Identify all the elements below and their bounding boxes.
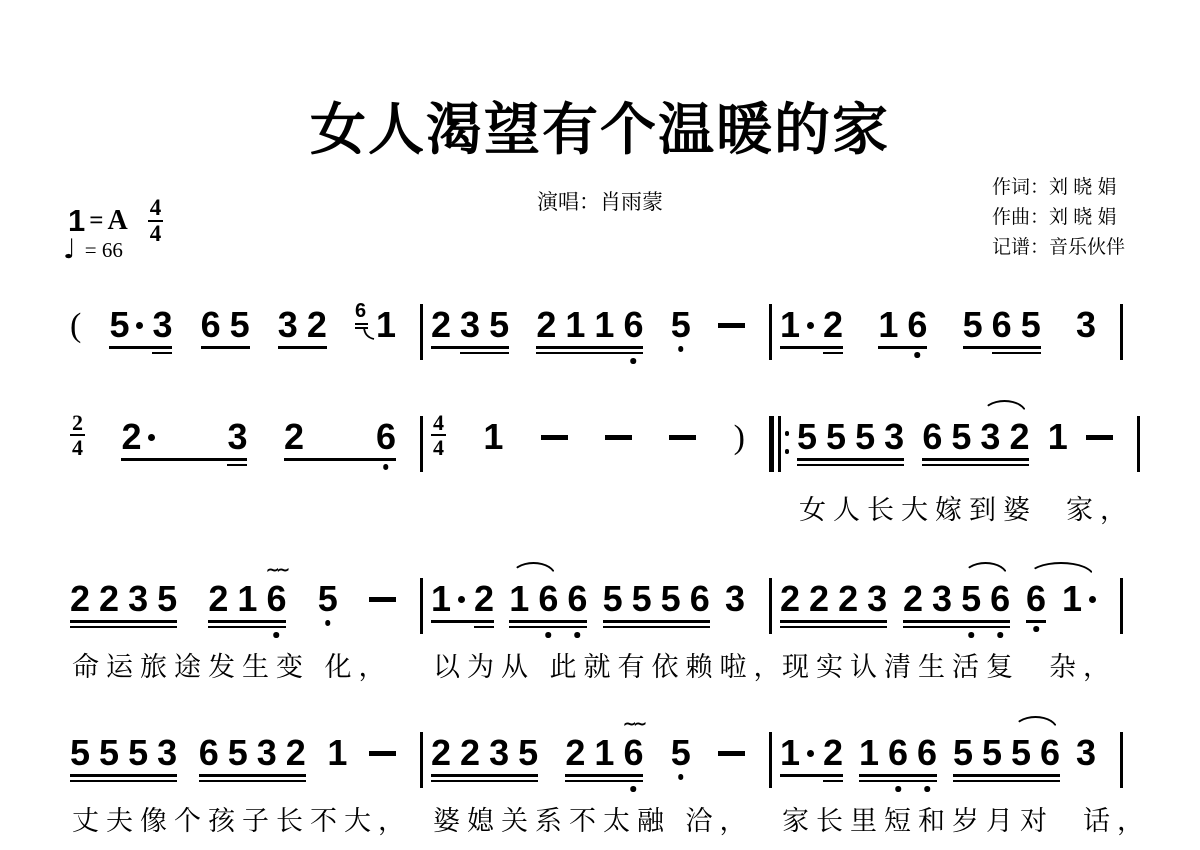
- note-group: 216: [565, 734, 643, 772]
- time-signature-numerator: 4: [433, 411, 444, 434]
- note-digit: 6: [538, 580, 558, 618]
- note-group: 2235: [70, 580, 177, 618]
- note: 3: [932, 580, 952, 618]
- note: 6: [266, 580, 286, 618]
- note-digit: 6: [1040, 734, 1060, 772]
- beam-line: [992, 352, 1041, 355]
- slur-arc: [963, 562, 1008, 576]
- grace-slur-icon: [362, 326, 375, 341]
- note-group: 65: [201, 306, 250, 344]
- note-digit: 5: [1021, 306, 1041, 344]
- note: 3: [1076, 306, 1096, 344]
- note: 6: [567, 580, 587, 618]
- beam-line: [565, 774, 643, 777]
- note-group: 166: [509, 580, 587, 618]
- note-digit: 3: [884, 418, 904, 456]
- low-octave-dot-icon: [678, 346, 684, 352]
- beam-line: [208, 626, 286, 629]
- note-group: 12: [780, 734, 843, 772]
- note: 5: [797, 418, 817, 456]
- beam-line: [201, 346, 250, 349]
- beam-line: [565, 780, 643, 783]
- note-group: 6: [1026, 580, 1046, 618]
- note-digit: 5: [128, 734, 148, 772]
- mordent-icon: [266, 564, 287, 578]
- lyric-spacer: [1120, 799, 1123, 838]
- note: 2: [809, 580, 829, 618]
- note: 2: [460, 734, 480, 772]
- note: 6: [1040, 734, 1060, 772]
- note: 5: [963, 306, 983, 344]
- note-digit: 3: [278, 306, 298, 344]
- note-digit: 6: [917, 734, 937, 772]
- note: 1: [594, 734, 614, 772]
- note-group: 2223: [780, 580, 887, 618]
- note-digit: 1: [1062, 580, 1082, 618]
- note-group: 565: [963, 306, 1041, 344]
- note: 2: [565, 734, 585, 772]
- lyric-text: [62, 488, 420, 527]
- note-group: 6532: [922, 418, 1029, 456]
- key-name: A: [108, 205, 128, 237]
- note: 6: [1026, 580, 1046, 618]
- beam-line: [509, 626, 587, 629]
- low-octave-dot-icon: [915, 352, 921, 358]
- low-octave-dot-icon: [274, 632, 280, 638]
- beam-line: [903, 620, 1010, 623]
- dash-note: [718, 751, 745, 756]
- dash-note: [1086, 435, 1113, 440]
- note: 2: [70, 580, 90, 618]
- note: 3: [460, 306, 480, 344]
- note-group: 61: [355, 306, 396, 344]
- grace-note: 6: [355, 299, 371, 344]
- note: 5: [661, 580, 681, 618]
- note-digit: 3: [227, 418, 247, 456]
- note-digit: 2: [809, 580, 829, 618]
- note: 1: [327, 734, 347, 772]
- note-group: 5: [671, 306, 691, 344]
- measure: 242326: [62, 418, 420, 476]
- note-group: 5: [318, 580, 338, 618]
- low-octave-dot-icon: [631, 358, 637, 364]
- note: 5: [632, 580, 652, 618]
- note: 1: [1048, 418, 1068, 456]
- note: 2: [1009, 418, 1029, 456]
- slur-arc: [1013, 716, 1058, 730]
- note: 1: [483, 418, 503, 456]
- note-group: 26: [284, 418, 396, 456]
- lyric-text: [423, 488, 769, 527]
- note-digit: 6: [907, 306, 927, 344]
- note: 2: [286, 734, 306, 772]
- repeat-thin-bar: [778, 416, 781, 472]
- repeat-thick-bar: [769, 416, 774, 472]
- note-group: 235: [431, 306, 509, 344]
- note-digit: 5: [982, 734, 1002, 772]
- low-octave-dot-icon: [383, 464, 389, 470]
- beam-line: [70, 620, 177, 623]
- note-digit: 3: [128, 580, 148, 618]
- note-digit: 5: [230, 306, 250, 344]
- augmentation-dot-icon: [136, 322, 143, 329]
- note: 6: [199, 734, 219, 772]
- barline: [1137, 416, 1140, 472]
- note-group: 5556: [953, 734, 1060, 772]
- measure: 2223235661: [772, 580, 1120, 638]
- note: 6: [538, 580, 558, 618]
- score-line: 2235216512166555632223235661: [62, 580, 1123, 638]
- note-digit: 5: [228, 734, 248, 772]
- note: 5: [489, 306, 509, 344]
- beam-line: [208, 620, 286, 623]
- note: 3: [227, 418, 247, 456]
- lyrics-line: 丈夫像个孩子长不大，婆媳关系不太融 洽，家长里短和岁月对 话，: [62, 799, 1123, 838]
- note-digit: 6: [355, 300, 366, 322]
- note-digit: 2: [307, 306, 327, 344]
- note-digit: 6: [1026, 580, 1046, 618]
- note: 6: [907, 306, 927, 344]
- note-digit: 5: [318, 580, 338, 618]
- score-line: 555365321223521651216655563: [62, 734, 1123, 792]
- beam: [355, 323, 368, 325]
- beam-line: [70, 774, 177, 777]
- note: 3: [152, 306, 172, 344]
- note: 2: [307, 306, 327, 344]
- lyricist-credit: 作词：刘 晓 娟: [992, 173, 1125, 203]
- note: 3: [257, 734, 277, 772]
- augmentation-dot-icon: [807, 750, 814, 757]
- note: 1: [509, 580, 529, 618]
- note-digit: 5: [99, 734, 119, 772]
- note: 2: [536, 306, 556, 344]
- note-group: 3: [1076, 306, 1096, 344]
- dash-note: [369, 597, 396, 602]
- beam-line: [536, 346, 643, 349]
- note: 1: [878, 306, 898, 344]
- note-group: 1: [1048, 418, 1068, 456]
- note: 5: [1011, 734, 1031, 772]
- note-digit: 5: [951, 418, 971, 456]
- lyric-text: 婆媳关系不太融 洽，: [423, 799, 769, 838]
- note-digit: 5: [855, 418, 875, 456]
- parenthesis: ): [734, 418, 745, 458]
- note-digit: 5: [109, 306, 129, 344]
- score-line: (536532612352116512165653: [62, 306, 1123, 364]
- augmentation-dot-icon: [458, 596, 465, 603]
- note: 6: [623, 734, 643, 772]
- composer-credit: 作曲：刘 晓 娟: [992, 203, 1125, 233]
- note: 1: [431, 580, 465, 618]
- note: 2: [121, 418, 155, 456]
- note-group: 6532: [199, 734, 306, 772]
- low-octave-dot-icon: [997, 632, 1003, 638]
- note: 2: [431, 734, 451, 772]
- note-digit: 6: [623, 306, 643, 344]
- note-digit: 6: [199, 734, 219, 772]
- note-digit: 5: [632, 580, 652, 618]
- note-digit: 5: [1011, 734, 1031, 772]
- note-digit: 5: [671, 734, 691, 772]
- note-digit: 6: [376, 418, 396, 456]
- note: 2: [780, 580, 800, 618]
- note-digit: 5: [157, 580, 177, 618]
- note-digit: 3: [1076, 306, 1096, 344]
- note-digit: 3: [157, 734, 177, 772]
- measure: 555365321: [62, 734, 420, 792]
- note-digit: 1: [780, 734, 800, 772]
- time-signature-numerator: 4: [150, 196, 162, 220]
- beam-line: [199, 774, 306, 777]
- note: 6: [201, 306, 221, 344]
- lyric-text: 命运旅途发生变 化，: [62, 645, 420, 684]
- note: 6: [992, 306, 1012, 344]
- notation-credit: 记谱：音乐伙伴: [992, 233, 1125, 263]
- time-signature: 24: [70, 411, 85, 459]
- dash-note: [541, 435, 568, 440]
- note: 5: [1021, 306, 1041, 344]
- low-octave-dot-icon: [1033, 626, 1039, 632]
- note-digit: 5: [489, 306, 509, 344]
- note: 5: [109, 306, 143, 344]
- note-digit: 1: [594, 306, 614, 344]
- beam-line: [509, 620, 587, 623]
- note: 5: [603, 580, 623, 618]
- beam-line: [121, 458, 247, 461]
- note-group: 5556: [603, 580, 710, 618]
- credits-block: 作词：刘 晓 娟 作曲：刘 晓 娟 记谱：音乐伙伴: [992, 173, 1125, 263]
- note-digit: 5: [963, 306, 983, 344]
- note: 2: [431, 306, 451, 344]
- note-digit: 2: [99, 580, 119, 618]
- time-signature-denominator: 4: [70, 434, 85, 459]
- note: 6: [376, 418, 396, 456]
- note-digit: 3: [867, 580, 887, 618]
- note-digit: 2: [565, 734, 585, 772]
- barline: [1120, 732, 1123, 788]
- augmentation-dot-icon: [1089, 596, 1096, 603]
- low-octave-dot-icon: [895, 786, 901, 792]
- beam-line: [780, 620, 887, 623]
- beam-line: [603, 626, 710, 629]
- measure: 555365321: [789, 418, 1137, 476]
- note-digit: 2: [823, 306, 843, 344]
- lyric-text: 现实认清生活复 杂，: [772, 645, 1120, 684]
- note-digit: 2: [780, 580, 800, 618]
- beam-line: [431, 780, 538, 783]
- note: 6: [917, 734, 937, 772]
- note-group: 12: [431, 580, 494, 618]
- note: 5: [953, 734, 973, 772]
- note: 2: [823, 734, 843, 772]
- lyric-spacer: [1137, 488, 1140, 527]
- note-digit: 1: [237, 580, 257, 618]
- beam-line: [963, 346, 1041, 349]
- note-digit: 1: [431, 580, 451, 618]
- quarter-note-icon: [63, 236, 76, 264]
- note: 2: [284, 418, 304, 456]
- note: 1: [1062, 580, 1096, 618]
- dash-note: [718, 323, 745, 328]
- note-group: 1: [327, 734, 347, 772]
- note-digit: 5: [797, 418, 817, 456]
- note-digit: 2: [284, 418, 304, 456]
- beam-line: [780, 774, 843, 777]
- note: 3: [128, 580, 148, 618]
- note: 3: [278, 306, 298, 344]
- note-digit: 1: [483, 418, 503, 456]
- note-group: 12: [780, 306, 843, 344]
- beam-line: [109, 346, 172, 349]
- low-octave-dot-icon: [924, 786, 930, 792]
- note-group: 23: [121, 418, 247, 456]
- note: 3: [489, 734, 509, 772]
- beam-line: [431, 346, 509, 349]
- beam-line: [152, 352, 172, 355]
- note-group: 166: [859, 734, 937, 772]
- beam-line: [431, 774, 538, 777]
- mordent-icon: [623, 718, 644, 732]
- note: 5: [855, 418, 875, 456]
- note-digit: 6: [690, 580, 710, 618]
- note: 3: [884, 418, 904, 456]
- note-group: 32: [278, 306, 327, 344]
- note-digit: 6: [922, 418, 942, 456]
- note-group: 1: [483, 418, 503, 456]
- measure: 23521165: [423, 306, 769, 364]
- beam-line: [780, 626, 887, 629]
- note-digit: 6: [567, 580, 587, 618]
- lyric-spacer: [769, 488, 789, 527]
- note-digit: 3: [1076, 734, 1096, 772]
- measure: 1216655563: [423, 580, 769, 638]
- dash-note: [669, 435, 696, 440]
- beam-line: [953, 774, 1060, 777]
- beam-line: [603, 620, 710, 623]
- time-signature: 44: [431, 411, 446, 459]
- note-digit: 2: [208, 580, 228, 618]
- note-digit: 5: [603, 580, 623, 618]
- note-digit: 3: [460, 306, 480, 344]
- note: 5: [230, 306, 250, 344]
- beam-line: [878, 346, 927, 349]
- score-line: 242326441)555365321: [62, 418, 1140, 476]
- lyric-spacer: [1120, 645, 1123, 684]
- note-group: 53: [109, 306, 172, 344]
- note-digit: 5: [826, 418, 846, 456]
- beam-line: [199, 780, 306, 783]
- note-group: 16: [878, 306, 927, 344]
- note: 1: [237, 580, 257, 618]
- measure: 441): [423, 418, 769, 476]
- note: 2: [823, 306, 843, 344]
- note: 2: [99, 580, 119, 618]
- note-digit: 2: [431, 734, 451, 772]
- note: 5: [518, 734, 538, 772]
- beam-line: [227, 464, 247, 467]
- beam-line: [823, 780, 843, 783]
- slur-arc: [1028, 562, 1094, 576]
- time-signature-denominator: 4: [148, 220, 164, 246]
- time-signature-header: 4 4: [148, 196, 164, 246]
- note-digit: 6: [623, 734, 643, 772]
- lyric-text: 以为从 此就有依赖啦，: [423, 645, 769, 684]
- note-digit: 6: [990, 580, 1010, 618]
- note: 2: [838, 580, 858, 618]
- barline: [1120, 304, 1123, 360]
- note: 5: [671, 734, 691, 772]
- beam-line: [922, 464, 1029, 467]
- low-octave-dot-icon: [325, 620, 331, 626]
- note-group: 5: [671, 734, 691, 772]
- note: 5: [982, 734, 1002, 772]
- low-octave-dot-icon: [575, 632, 581, 638]
- note-digit: 1: [509, 580, 529, 618]
- note: 5: [961, 580, 981, 618]
- note-digit: 6: [201, 306, 221, 344]
- note-digit: 1: [859, 734, 879, 772]
- note-digit: 1: [878, 306, 898, 344]
- note-digit: 3: [980, 418, 1000, 456]
- beam-line: [70, 780, 177, 783]
- note-digit: 3: [932, 580, 952, 618]
- note: 5: [318, 580, 338, 618]
- beam-line: [536, 352, 643, 355]
- dash-note: [605, 435, 632, 440]
- note-group: 3: [725, 580, 745, 618]
- note-digit: 3: [725, 580, 745, 618]
- time-signature-denominator: 4: [431, 434, 446, 459]
- parenthesis: (: [70, 306, 81, 346]
- note-digit: 2: [536, 306, 556, 344]
- note: 3: [980, 418, 1000, 456]
- note-digit: 2: [286, 734, 306, 772]
- beam-line: [797, 464, 904, 467]
- note-group: 3: [1076, 734, 1096, 772]
- beam-line: [922, 458, 1029, 461]
- beam-line: [859, 780, 937, 783]
- note-digit: 5: [518, 734, 538, 772]
- note: 3: [725, 580, 745, 618]
- note-digit: 2: [823, 734, 843, 772]
- measure: 22352165: [62, 580, 420, 638]
- note: 1: [565, 306, 585, 344]
- beam-line: [903, 626, 1010, 629]
- slur-arc: [511, 562, 556, 576]
- beam-line: [278, 346, 327, 349]
- note-digit: 6: [888, 734, 908, 772]
- note: 5: [128, 734, 148, 772]
- beam-line: [460, 352, 509, 355]
- note: 5: [671, 306, 691, 344]
- note-digit: 1: [780, 306, 800, 344]
- note: 6: [888, 734, 908, 772]
- note: 6: [623, 306, 643, 344]
- note-digit: 2: [1009, 418, 1029, 456]
- note-digit: 3: [152, 306, 172, 344]
- beam-line: [70, 626, 177, 629]
- note-digit: 6: [992, 306, 1012, 344]
- measure: (53653261: [62, 306, 420, 364]
- key-equals: =: [89, 207, 103, 235]
- note: 6: [990, 580, 1010, 618]
- grace-note-body: 6: [355, 301, 371, 343]
- beam-line: [284, 458, 396, 461]
- key-tonic: 1: [68, 206, 85, 236]
- time-signature-numerator: 2: [72, 411, 83, 434]
- sheet-music-page: 女人渴望有个温暖的家 演唱：肖雨蒙 作词：刘 晓 娟 作曲：刘 晓 娟 记谱：音…: [0, 0, 1200, 850]
- beam-line: [823, 352, 843, 355]
